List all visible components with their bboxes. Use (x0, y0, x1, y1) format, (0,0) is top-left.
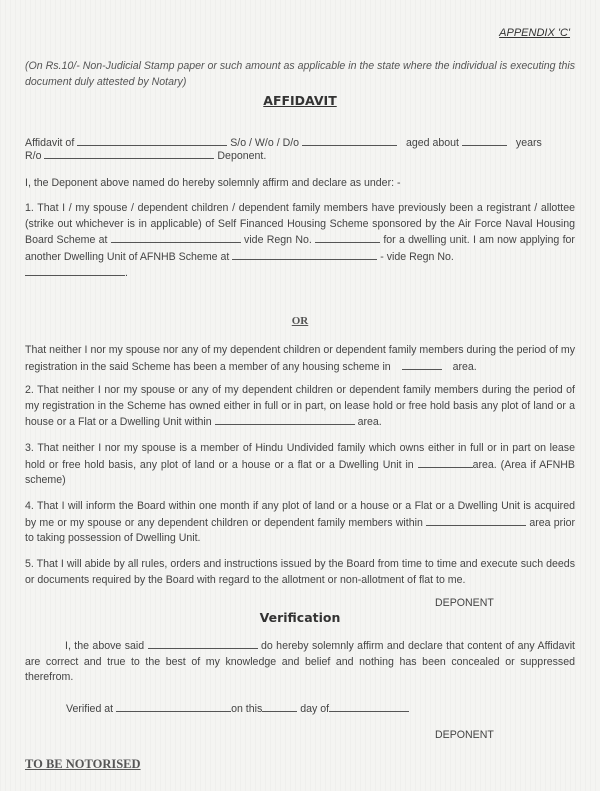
huf-area-field[interactable] (418, 457, 473, 468)
intro-statement: I, the Deponent above named do hereby so… (25, 176, 575, 192)
verified-line: Verified at on this day of (66, 701, 409, 715)
stamp-paper-note: (On Rs.10/- Non-Judicial Stamp paper or … (25, 58, 575, 90)
verification-text-1: I, the above said (65, 640, 144, 652)
new-scheme-location-field[interactable] (232, 249, 377, 260)
month-year-field[interactable] (329, 701, 409, 712)
on-this-label: on this (231, 703, 262, 715)
clause-2: 2. That neither I nor my spouse or any o… (25, 383, 575, 431)
deponent-signature-1: DEPONENT (435, 597, 494, 609)
or-separator: OR (0, 315, 600, 327)
day-of-label: day of (300, 703, 329, 715)
clause-3: 3. That neither I nor my spouse is a mem… (25, 441, 575, 489)
deponent-signature-2: DEPONENT (435, 729, 494, 741)
housing-scheme-area-field[interactable] (402, 359, 442, 370)
verified-place-field[interactable] (116, 701, 231, 712)
document-title: AFFIDAVIT (0, 93, 600, 108)
residence-field[interactable] (44, 148, 214, 159)
clause-1: 1. That I / my spouse / dependent childr… (25, 201, 575, 282)
resident-of-label: R/o (25, 150, 42, 162)
owned-area-field[interactable] (215, 414, 355, 425)
name-field[interactable] (77, 135, 227, 146)
verifier-name-field[interactable] (148, 638, 258, 649)
clause-4: 4. That I will inform the Board within o… (25, 499, 575, 547)
scheme-location-field[interactable] (111, 232, 241, 243)
aged-about-label: aged about (406, 137, 459, 149)
acquired-area-field[interactable] (426, 515, 526, 526)
new-regn-no-field[interactable] (25, 265, 125, 276)
verification-title: Verification (0, 610, 600, 625)
clause-1-regn-label-2: - vide Regn No. (380, 251, 454, 263)
age-field[interactable] (462, 135, 507, 146)
day-field[interactable] (262, 701, 297, 712)
clause-or-area: area. (453, 361, 477, 373)
clause-5: 5. That I will abide by all rules, order… (25, 557, 575, 588)
clause-1-regn-label: vide Regn No. (244, 234, 312, 246)
deponent-label-inline: Deponent. (217, 150, 266, 162)
verified-at-label: Verified at (66, 703, 113, 715)
clause-1-end: . (125, 267, 128, 279)
clause-or: That neither I nor my spouse nor any of … (25, 343, 575, 375)
regn-no-field[interactable] (315, 232, 380, 243)
verification-statement: I, the above said do hereby solemnly aff… (25, 638, 575, 686)
identity-line-1: Affidavit of S/o / W/o / D/o aged about … (25, 135, 542, 149)
notarise-instruction: TO BE NOTORISED (25, 757, 141, 772)
identity-line-2: R/o Deponent. (25, 148, 266, 162)
clause-2-area: area. (358, 416, 382, 428)
years-label: years (516, 137, 542, 149)
appendix-label: APPENDIX 'C' (499, 27, 570, 39)
clause-or-text: That neither I nor my spouse nor any of … (25, 344, 575, 373)
parent-name-field[interactable] (302, 135, 397, 146)
